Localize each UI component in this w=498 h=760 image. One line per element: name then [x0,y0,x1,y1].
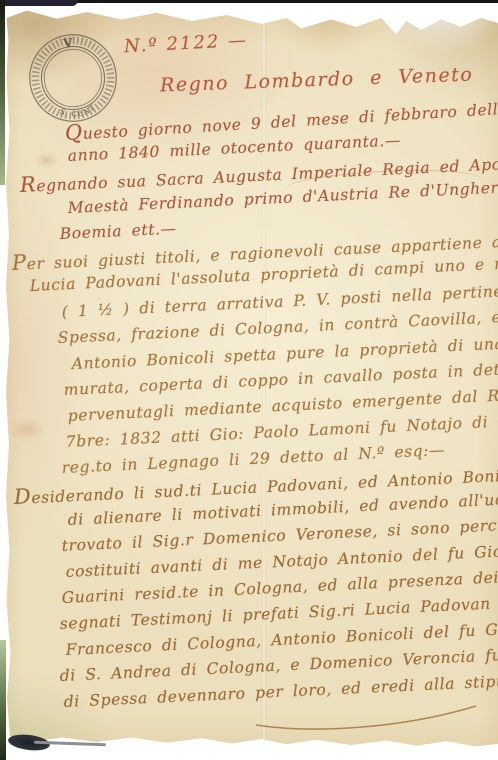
stamp-top-letter: V [61,36,74,51]
photo-backdrop: V S. CENT N.º 2122 — Regno Lombardo e Ve… [0,0,498,760]
manuscript-body: Questo giorno nove 9 del mese di febbrar… [2,121,498,719]
closing-flourish-icon [254,701,480,737]
backdrop-edge-left-top [0,0,5,185]
manuscript-page: V S. CENT N.º 2122 — Regno Lombardo e Ve… [2,3,498,751]
scan-edge-corner [0,0,78,6]
revenue-stamp-icon: V S. CENT [20,25,126,131]
document-number: N.º 2122 — [124,30,249,57]
backdrop-edge-left-bottom [0,640,6,760]
document-title: Regno Lombardo e Veneto [160,64,474,97]
